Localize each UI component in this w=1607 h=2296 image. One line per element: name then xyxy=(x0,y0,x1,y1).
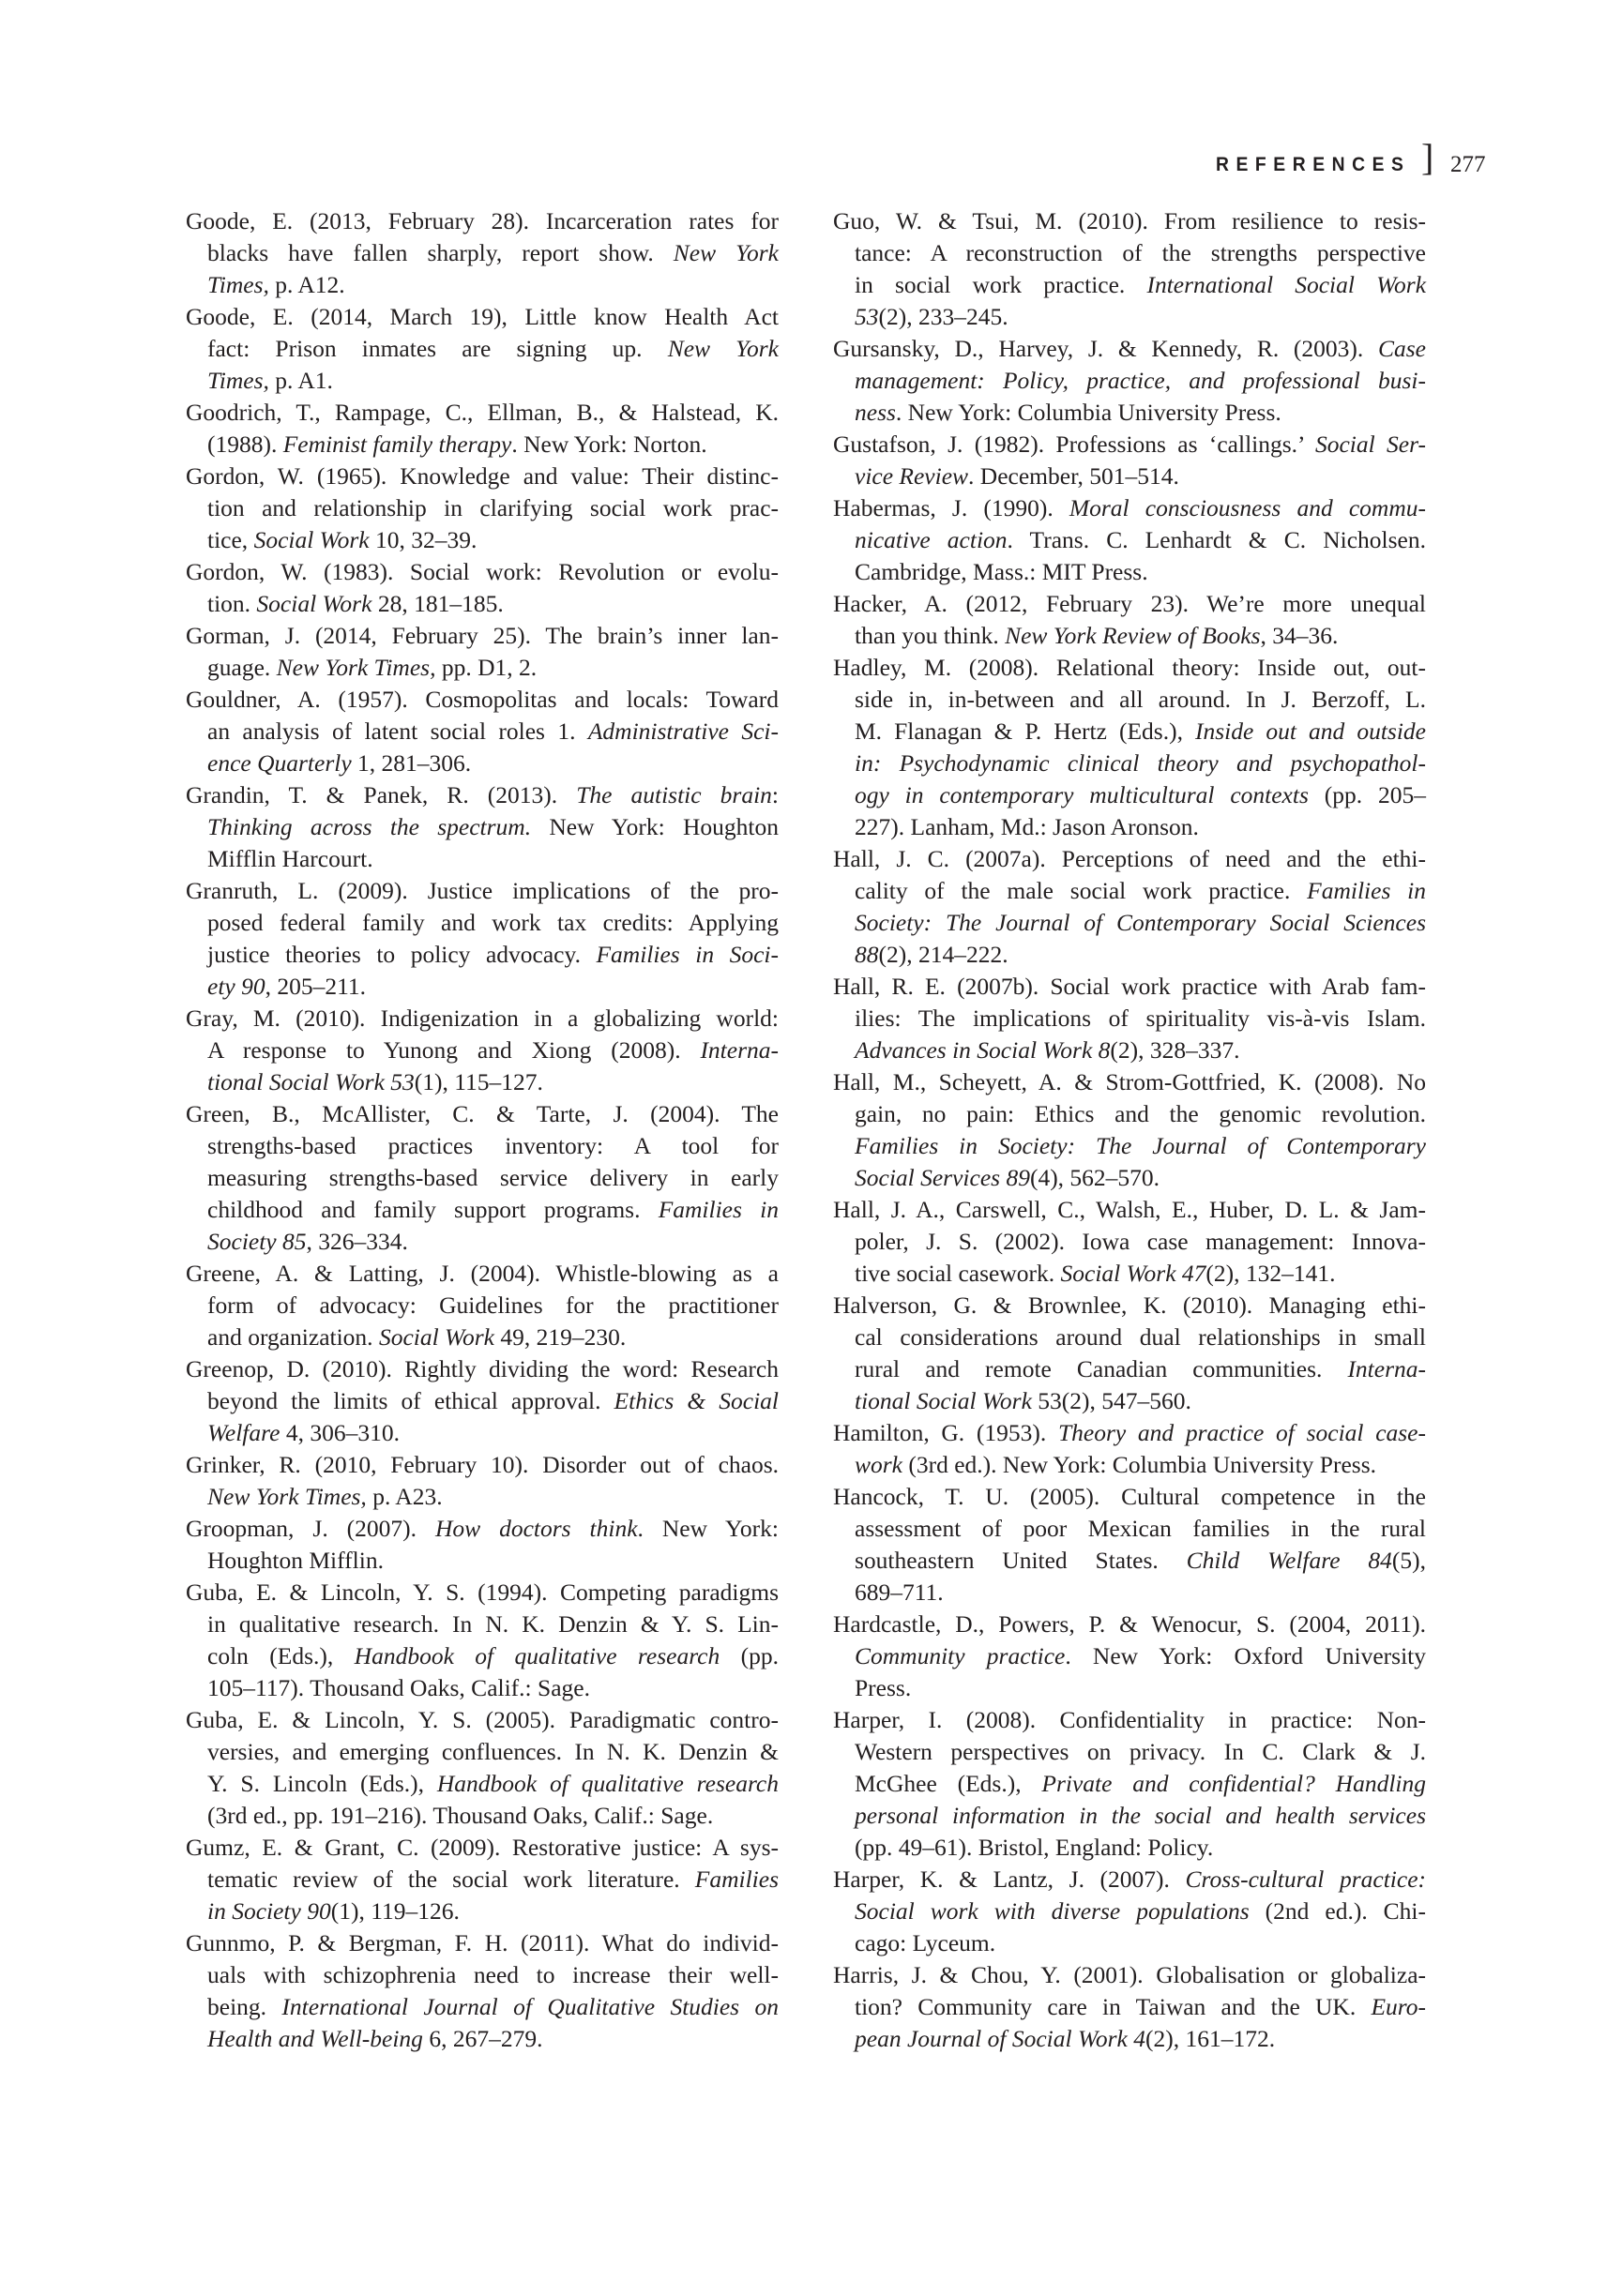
text: than you think. xyxy=(855,622,1005,649)
reference-line: Hall, J. C. (2007a). Perceptions of need… xyxy=(833,843,1426,875)
italic-text: in Society 90 xyxy=(207,1897,331,1925)
reference-entry: Habermas, J. (1990). Moral consciousness… xyxy=(833,492,1426,588)
reference-entry: Gordon, W. (1983). Social work: Revoluti… xyxy=(186,556,779,620)
reference-line: ence Quarterly 1, 281–306. xyxy=(186,748,779,779)
reference-line: pean Journal of Social Work 4(2), 161–17… xyxy=(833,2023,1426,2055)
reference-line: tional Social Work 53(1), 115–127. xyxy=(186,1066,779,1098)
reference-entry: Greenop, D. (2010). Rightly dividing the… xyxy=(186,1353,779,1449)
italic-text: Cross-cultural practice: xyxy=(1186,1865,1426,1893)
reference-line: Health and Well-being 6, 267–279. xyxy=(186,2023,779,2055)
reference-line: beyond the limits of ethical approval. E… xyxy=(186,1385,779,1417)
reference-line: blacks have fallen sharply, report show.… xyxy=(186,237,779,269)
text: Guba, E. & Lincoln, Y. S. (2005). Paradi… xyxy=(186,1706,779,1733)
italic-text: Families in Soci- xyxy=(596,941,779,968)
reference-line: Western perspectives on privacy. In C. C… xyxy=(833,1736,1426,1768)
italic-text: Health and Well-being xyxy=(207,2025,423,2052)
italic-text: tional Social Work xyxy=(207,1068,385,1095)
reference-entry: Guba, E. & Lincoln, Y. S. (2005). Paradi… xyxy=(186,1704,779,1832)
reference-line: vice Review. December, 501–514. xyxy=(833,461,1426,492)
reference-line: Greenop, D. (2010). Rightly dividing the… xyxy=(186,1353,779,1385)
text: poler, J. S. (2002). Iowa case managemen… xyxy=(855,1228,1426,1255)
italic-text: International Journal of Qualitative Stu… xyxy=(281,1993,779,2020)
reference-line: A response to Yunong and Xiong (2008). I… xyxy=(186,1035,779,1066)
reference-column-left: Goode, E. (2013, February 28). Incarcera… xyxy=(186,205,779,2055)
text: pp. D1, 2. xyxy=(435,654,537,681)
text: (1), 119–126. xyxy=(331,1897,460,1925)
reference-entry: Hall, R. E. (2007b). Social work practic… xyxy=(833,971,1426,1066)
text: rural and remote Canadian communities. xyxy=(855,1355,1347,1382)
italic-text: New York Times, xyxy=(277,654,436,681)
reference-line: Cambridge, Mass.: MIT Press. xyxy=(833,556,1426,588)
reference-line: Community practice. New York: Oxford Uni… xyxy=(833,1640,1426,1672)
text: Hardcastle, D., Powers, P. & Wenocur, S.… xyxy=(833,1610,1426,1638)
reference-line: coln (Eds.), Handbook of qualitative res… xyxy=(186,1640,779,1672)
italic-text: Welfare xyxy=(207,1419,280,1446)
reference-entry: Hall, J. A., Carswell, C., Walsh, E., Hu… xyxy=(833,1194,1426,1290)
text: A response to Yunong and Xiong (2008). xyxy=(207,1036,700,1064)
text: . New York: Columbia University Press. xyxy=(896,399,1281,426)
text: McGhee (Eds.), xyxy=(855,1770,1041,1797)
reference-line: Gordon, W. (1965). Knowledge and value: … xyxy=(186,461,779,492)
text: an analysis of latent social roles 1. xyxy=(207,717,588,745)
reference-line: in qualitative research. In N. K. Denzin… xyxy=(186,1609,779,1640)
text: p. A23. xyxy=(367,1483,443,1510)
reference-line: gain, no pain: Ethics and the genomic re… xyxy=(833,1098,1426,1130)
reference-entry: Gorman, J. (2014, February 25). The brai… xyxy=(186,620,779,684)
italic-text: Child Welfare 84 xyxy=(1187,1547,1392,1574)
text: , 326–334. xyxy=(307,1228,408,1255)
reference-line: tance: A reconstruction of the strengths… xyxy=(833,237,1426,269)
text: Harris, J. & Chou, Y. (2001). Globalisat… xyxy=(833,1961,1426,1988)
text: Western perspectives on privacy. In C. C… xyxy=(855,1738,1426,1765)
italic-text: International Social Work xyxy=(1146,271,1426,298)
reference-entry: Grinker, R. (2010, February 10). Disorde… xyxy=(186,1449,779,1513)
text: (pp. 49–61). Bristol, England: Policy. xyxy=(855,1834,1213,1861)
reference-line: Mifflin Harcourt. xyxy=(186,843,779,875)
text: blacks have fallen sharply, report show. xyxy=(207,239,674,266)
text: assessment of poor Mexican families in t… xyxy=(855,1515,1426,1542)
text: 28, 181–185. xyxy=(371,590,503,617)
reference-line: southeastern United States. Child Welfar… xyxy=(833,1545,1426,1577)
text: (2), 161–172. xyxy=(1145,2025,1275,2052)
italic-text: Moral consciousness and commu- xyxy=(1069,494,1426,521)
text: : xyxy=(772,781,779,808)
running-head-bracket: ] xyxy=(1421,139,1433,176)
italic-text: ence Quarterly xyxy=(207,749,352,777)
text: Harper, I. (2008). Confidentiality in pr… xyxy=(833,1706,1426,1733)
italic-text: 53 xyxy=(385,1068,415,1095)
reference-line: tematic review of the social work litera… xyxy=(186,1864,779,1896)
reference-line: guage. New York Times, pp. D1, 2. xyxy=(186,652,779,684)
reference-line: Hadley, M. (2008). Relational theory: In… xyxy=(833,652,1426,684)
reference-entry: Hardcastle, D., Powers, P. & Wenocur, S.… xyxy=(833,1609,1426,1704)
text: Cambridge, Mass.: MIT Press. xyxy=(855,558,1148,585)
text: southeastern United States. xyxy=(855,1547,1187,1574)
text: Greenop, D. (2010). Rightly dividing the… xyxy=(186,1355,779,1382)
italic-text: Families in Society: The Journal of Cont… xyxy=(855,1132,1426,1159)
italic-text: vice Review xyxy=(855,462,968,490)
text: Press. xyxy=(855,1674,911,1701)
italic-text: Families in xyxy=(1307,877,1426,904)
text: (2), 214–222. xyxy=(879,941,1008,968)
reference-line: Harper, I. (2008). Confidentiality in pr… xyxy=(833,1704,1426,1736)
text: Goodrich, T., Rampage, C., Ellman, B., &… xyxy=(186,399,779,426)
text: p. A1. xyxy=(269,367,333,394)
text: Houghton Mifflin. xyxy=(207,1547,384,1574)
text: Gunnmo, P. & Bergman, F. H. (2011). What… xyxy=(186,1929,779,1956)
reference-entry: Harper, I. (2008). Confidentiality in pr… xyxy=(833,1704,1426,1864)
text: tion? Community care in Taiwan and the U… xyxy=(855,1993,1371,2020)
reference-entry: Gunnmo, P. & Bergman, F. H. (2011). What… xyxy=(186,1927,779,2055)
reference-line: 53(2), 233–245. xyxy=(833,301,1426,333)
page-number: 277 xyxy=(1450,152,1486,178)
italic-text: Social Services 89 xyxy=(855,1164,1030,1191)
italic-text: Interna- xyxy=(1347,1355,1426,1382)
text: Hall, J. C. (2007a). Perceptions of need… xyxy=(833,845,1426,872)
italic-text: Case xyxy=(1378,335,1426,362)
reference-entry: Harris, J. & Chou, Y. (2001). Globalisat… xyxy=(833,1959,1426,2055)
reference-line: M. Flanagan & P. Hertz (Eds.), Inside ou… xyxy=(833,716,1426,748)
reference-line: form of advocacy: Guidelines for the pra… xyxy=(186,1290,779,1322)
italic-text: New York Review of Books xyxy=(1005,622,1260,649)
text: (4), 562–570. xyxy=(1030,1164,1160,1191)
italic-text: Thinking across the spectrum. xyxy=(207,813,531,840)
reference-line: Gustafson, J. (1982). Professions as ‘ca… xyxy=(833,429,1426,461)
reference-entry: Groopman, J. (2007). How doctors think. … xyxy=(186,1513,779,1577)
reference-line: Hall, M., Scheyett, A. & Strom-Gottfried… xyxy=(833,1066,1426,1098)
reference-entry: Hadley, M. (2008). Relational theory: In… xyxy=(833,652,1426,843)
text: Grandin, T. & Panek, R. (2013). xyxy=(186,781,576,808)
text: New York: Houghton xyxy=(531,813,779,840)
reference-line: Society 85, 326–334. xyxy=(186,1226,779,1258)
reference-line: Gumz, E. & Grant, C. (2009). Restorative… xyxy=(186,1832,779,1864)
text: Greene, A. & Latting, J. (2004). Whistle… xyxy=(186,1260,779,1287)
reference-entry: Grandin, T. & Panek, R. (2013). The auti… xyxy=(186,779,779,875)
reference-line: ety 90, 205–211. xyxy=(186,971,779,1003)
text: side in, in-between and all around. In J… xyxy=(855,686,1426,713)
text: Hall, R. E. (2007b). Social work practic… xyxy=(833,973,1426,1000)
text: beyond the limits of ethical approval. xyxy=(207,1387,614,1414)
text: Gustafson, J. (1982). Professions as ‘ca… xyxy=(833,430,1315,458)
reference-line: Y. S. Lincoln (Eds.), Handbook of qualit… xyxy=(186,1768,779,1800)
text: justice theories to policy advocacy. xyxy=(207,941,596,968)
text: uals with schizophrenia need to increase… xyxy=(207,1961,779,1988)
text: Gouldner, A. (1957). Cosmopolitas and lo… xyxy=(186,686,779,713)
italic-text: Social work with diverse populations xyxy=(855,1897,1250,1925)
reference-line: tion and relationship in clarifying soci… xyxy=(186,492,779,524)
reference-line: Grandin, T. & Panek, R. (2013). The auti… xyxy=(186,779,779,811)
italic-text: Social Work 47 xyxy=(1061,1260,1206,1287)
reference-line: strengths-based practices inventory: A t… xyxy=(186,1130,779,1162)
text: tive social casework. xyxy=(855,1260,1061,1287)
reference-line: Gray, M. (2010). Indigenization in a glo… xyxy=(186,1003,779,1035)
reference-line: Families in Society: The Journal of Cont… xyxy=(833,1130,1426,1162)
reference-line: Guo, W. & Tsui, M. (2010). From resilien… xyxy=(833,205,1426,237)
reference-line: assessment of poor Mexican families in t… xyxy=(833,1513,1426,1545)
reference-entry: Green, B., McAllister, C. & Tarte, J. (2… xyxy=(186,1098,779,1258)
text: (2nd ed.). Chi- xyxy=(1250,1897,1426,1925)
reference-entry: Harper, K. & Lantz, J. (2007). Cross-cul… xyxy=(833,1864,1426,1959)
reference-entry: Gray, M. (2010). Indigenization in a glo… xyxy=(186,1003,779,1098)
italic-text: Social Work xyxy=(254,526,370,553)
text: Guo, W. & Tsui, M. (2010). From resilien… xyxy=(833,207,1426,234)
reference-line: tive social casework. Social Work 47(2),… xyxy=(833,1258,1426,1290)
reference-line: New York Times, p. A23. xyxy=(186,1481,779,1513)
reference-line: (pp. 49–61). Bristol, England: Policy. xyxy=(833,1832,1426,1864)
text: 105–117). Thousand Oaks, Calif.: Sage. xyxy=(207,1674,590,1701)
text: cago: Lyceum. xyxy=(855,1929,995,1956)
reference-column-right: Guo, W. & Tsui, M. (2010). From resilien… xyxy=(833,205,1426,2055)
italic-text: Private and confidential? Handling xyxy=(1041,1770,1426,1797)
text: 4, 306–310. xyxy=(280,1419,400,1446)
italic-text: Interna- xyxy=(700,1036,779,1064)
reference-line: McGhee (Eds.), Private and confidential?… xyxy=(833,1768,1426,1800)
reference-line: (1988). Feminist family therapy. New Yor… xyxy=(186,429,779,461)
italic-text: Ethics & Social xyxy=(614,1387,779,1414)
reference-line: personal information in the social and h… xyxy=(833,1800,1426,1832)
reference-line: management: Policy, practice, and profes… xyxy=(833,365,1426,397)
text: (3rd ed.). New York: Columbia University… xyxy=(902,1451,1376,1478)
reference-line: ness. New York: Columbia University Pres… xyxy=(833,397,1426,429)
running-head-title: REFERENCES xyxy=(1216,154,1410,176)
reference-line: side in, in-between and all around. In J… xyxy=(833,684,1426,716)
text: tion and relationship in clarifying soci… xyxy=(207,494,779,521)
italic-text: Handbook of qualitative research xyxy=(355,1642,720,1669)
reference-line: Social Services 89(4), 562–570. xyxy=(833,1162,1426,1194)
text: fact: Prison inmates are signing up. xyxy=(207,335,668,362)
text: (pp. 205– xyxy=(1309,781,1426,808)
reference-line: Advances in Social Work 8(2), 328–337. xyxy=(833,1035,1426,1066)
italic-text: management: Policy, practice, and profes… xyxy=(855,367,1426,394)
reference-line: in Society 90(1), 119–126. xyxy=(186,1896,779,1927)
reference-line: Halverson, G. & Brownlee, K. (2010). Man… xyxy=(833,1290,1426,1322)
text: (2), 132–141. xyxy=(1205,1260,1335,1287)
italic-text: Community practice xyxy=(855,1642,1065,1669)
reference-entry: Hall, J. C. (2007a). Perceptions of need… xyxy=(833,843,1426,971)
text: , 34–36. xyxy=(1261,622,1339,649)
reference-line: posed federal family and work tax credit… xyxy=(186,907,779,939)
italic-text: Social Work xyxy=(256,590,371,617)
reference-line: Hacker, A. (2012, February 23). We’re mo… xyxy=(833,588,1426,620)
italic-text: tional Social Work xyxy=(855,1387,1032,1414)
text: Hadley, M. (2008). Relational theory: In… xyxy=(833,654,1426,681)
text: Groopman, J. (2007). xyxy=(186,1515,435,1542)
text: posed federal family and work tax credit… xyxy=(207,909,779,936)
reference-line: ogy in contemporary multicultural contex… xyxy=(833,779,1426,811)
italic-text: New York xyxy=(668,335,779,362)
italic-text: work xyxy=(855,1451,902,1478)
reference-entry: Gordon, W. (1965). Knowledge and value: … xyxy=(186,461,779,556)
text: . New York: Oxford University xyxy=(1065,1642,1426,1669)
reference-line: Gorman, J. (2014, February 25). The brai… xyxy=(186,620,779,652)
reference-entry: Hacker, A. (2012, February 23). We’re mo… xyxy=(833,588,1426,652)
text: 227). Lanham, Md.: Jason Aronson. xyxy=(855,813,1199,840)
text: (5), xyxy=(1392,1547,1426,1574)
text: 689–711. xyxy=(855,1578,944,1606)
reference-line: Harris, J. & Chou, Y. (2001). Globalisat… xyxy=(833,1959,1426,1991)
italic-text: ety 90 xyxy=(207,973,265,1000)
text: . December, 501–514. xyxy=(968,462,1179,490)
italic-text: in: Psychodynamic clinical theory and ps… xyxy=(855,749,1426,777)
text: Goode, E. (2013, February 28). Incarcera… xyxy=(186,207,779,234)
reference-entry: Gustafson, J. (1982). Professions as ‘ca… xyxy=(833,429,1426,492)
text: gain, no pain: Ethics and the genomic re… xyxy=(855,1100,1426,1127)
reference-line: than you think. New York Review of Books… xyxy=(833,620,1426,652)
text: Guba, E. & Lincoln, Y. S. (1994). Compet… xyxy=(186,1578,779,1606)
reference-entry: Gumz, E. & Grant, C. (2009). Restorative… xyxy=(186,1832,779,1927)
text: 6, 267–279. xyxy=(423,2025,543,2052)
text: (2), 328–337. xyxy=(1110,1036,1239,1064)
text: in social work practice. xyxy=(855,271,1146,298)
text: (1988). xyxy=(207,430,283,458)
italic-text: New York Times, xyxy=(207,1483,367,1510)
text: Gorman, J. (2014, February 25). The brai… xyxy=(186,622,779,649)
reference-entry: Gouldner, A. (1957). Cosmopolitas and lo… xyxy=(186,684,779,779)
italic-text: Advances in Social Work 8 xyxy=(855,1036,1110,1064)
italic-text: Social Ser- xyxy=(1315,430,1426,458)
reference-entry: Gursansky, D., Harvey, J. & Kennedy, R. … xyxy=(833,333,1426,429)
text: form of advocacy: Guidelines for the pra… xyxy=(207,1291,779,1319)
reference-line: Gouldner, A. (1957). Cosmopolitas and lo… xyxy=(186,684,779,716)
italic-text: Society 85 xyxy=(207,1228,307,1255)
reference-line: tional Social Work 53(2), 547–560. xyxy=(833,1385,1426,1417)
italic-text: The autistic brain xyxy=(576,781,772,808)
italic-text: ogy in contemporary multicultural contex… xyxy=(855,781,1309,808)
text: 10, 32–39. xyxy=(370,526,478,553)
reference-entry: Goode, E. (2013, February 28). Incarcera… xyxy=(186,205,779,301)
reference-line: uals with schizophrenia need to increase… xyxy=(186,1959,779,1991)
text: being. xyxy=(207,1993,281,2020)
reference-line: Green, B., McAllister, C. & Tarte, J. (2… xyxy=(186,1098,779,1130)
text: M. Flanagan & P. Hertz (Eds.), xyxy=(855,717,1195,745)
text: Goode, E. (2014, March 19), Little know … xyxy=(186,303,779,330)
text: Gordon, W. (1965). Knowledge and value: … xyxy=(186,462,779,490)
text: . New York: Norton. xyxy=(511,430,706,458)
reference-line: Gursansky, D., Harvey, J. & Kennedy, R. … xyxy=(833,333,1426,365)
reference-line: rural and remote Canadian communities. I… xyxy=(833,1353,1426,1385)
reference-line: ilies: The implications of spirituality … xyxy=(833,1003,1426,1035)
reference-line: Social work with diverse populations (2n… xyxy=(833,1896,1426,1927)
text: 49, 219–230. xyxy=(494,1323,626,1351)
reference-line: Hamilton, G. (1953). Theory and practice… xyxy=(833,1417,1426,1449)
italic-text: Administrative Sci- xyxy=(588,717,779,745)
italic-text: nicative action xyxy=(855,526,1008,553)
italic-text: ness xyxy=(855,399,896,426)
reference-line: Society: The Journal of Contemporary Soc… xyxy=(833,907,1426,939)
italic-text: pean Journal of Social Work 4 xyxy=(855,2025,1145,2052)
italic-text: Feminist family therapy xyxy=(283,430,512,458)
reference-line: nicative action. Trans. C. Lenhardt & C.… xyxy=(833,524,1426,556)
reference-line: versies, and emerging confluences. In N.… xyxy=(186,1736,779,1768)
reference-entry: Goodrich, T., Rampage, C., Ellman, B., &… xyxy=(186,397,779,461)
reference-line: being. International Journal of Qualitat… xyxy=(186,1991,779,2023)
reference-line: tion? Community care in Taiwan and the U… xyxy=(833,1991,1426,2023)
reference-line: Harper, K. & Lantz, J. (2007). Cross-cul… xyxy=(833,1864,1426,1896)
italic-text: New York xyxy=(674,239,779,266)
reference-line: Gunnmo, P. & Bergman, F. H. (2011). What… xyxy=(186,1927,779,1959)
reference-line: Goode, E. (2013, February 28). Incarcera… xyxy=(186,205,779,237)
text: . New York: xyxy=(638,1515,779,1542)
text: versies, and emerging confluences. In N.… xyxy=(207,1738,779,1765)
text: Gumz, E. & Grant, C. (2009). Restorative… xyxy=(186,1834,779,1861)
reference-line: 689–711. xyxy=(833,1577,1426,1609)
reference-line: Press. xyxy=(833,1672,1426,1704)
text: Green, B., McAllister, C. & Tarte, J. (2… xyxy=(186,1100,779,1127)
italic-text: 88 xyxy=(855,941,879,968)
italic-text: Social Work xyxy=(379,1323,494,1351)
text: in qualitative research. In N. K. Denzin… xyxy=(207,1610,779,1638)
reference-line: Times, p. A12. xyxy=(186,269,779,301)
reference-entry: Granruth, L. (2009). Justice implication… xyxy=(186,875,779,1003)
reference-line: fact: Prison inmates are signing up. New… xyxy=(186,333,779,365)
reference-line: Greene, A. & Latting, J. (2004). Whistle… xyxy=(186,1258,779,1290)
text: strengths-based practices inventory: A t… xyxy=(207,1132,779,1159)
reference-entry: Greene, A. & Latting, J. (2004). Whistle… xyxy=(186,1258,779,1353)
reference-line: cal considerations around dual relations… xyxy=(833,1322,1426,1353)
reference-line: poler, J. S. (2002). Iowa case managemen… xyxy=(833,1226,1426,1258)
reference-entry: Goode, E. (2014, March 19), Little know … xyxy=(186,301,779,397)
reference-line: an analysis of latent social roles 1. Ad… xyxy=(186,716,779,748)
text: Y. S. Lincoln (Eds.), xyxy=(207,1770,437,1797)
reference-line: tice, Social Work 10, 32–39. xyxy=(186,524,779,556)
reference-line: in: Psychodynamic clinical theory and ps… xyxy=(833,748,1426,779)
text: and organization. xyxy=(207,1323,379,1351)
reference-line: Hall, J. A., Carswell, C., Walsh, E., Hu… xyxy=(833,1194,1426,1226)
text: 53(2), 547–560. xyxy=(1032,1387,1191,1414)
text: Gordon, W. (1983). Social work: Revoluti… xyxy=(186,558,779,585)
reference-entry: Guba, E. & Lincoln, Y. S. (1994). Compet… xyxy=(186,1577,779,1704)
italic-text: Euro- xyxy=(1371,1993,1426,2020)
reference-line: cago: Lyceum. xyxy=(833,1927,1426,1959)
text: Habermas, J. (1990). xyxy=(833,494,1069,521)
text: (pp. xyxy=(720,1642,779,1669)
reference-line: Hardcastle, D., Powers, P. & Wenocur, S.… xyxy=(833,1609,1426,1640)
text: Granruth, L. (2009). Justice implication… xyxy=(186,877,779,904)
reference-line: Granruth, L. (2009). Justice implication… xyxy=(186,875,779,907)
reference-line: Houghton Mifflin. xyxy=(186,1545,779,1577)
text: (2), 233–245. xyxy=(879,303,1008,330)
text: coln (Eds.), xyxy=(207,1642,355,1669)
text: (3rd ed., pp. 191–216). Thousand Oaks, C… xyxy=(207,1802,713,1829)
reference-entry: Hamilton, G. (1953). Theory and practice… xyxy=(833,1417,1426,1481)
reference-line: Goodrich, T., Rampage, C., Ellman, B., &… xyxy=(186,397,779,429)
reference-line: Grinker, R. (2010, February 10). Disorde… xyxy=(186,1449,779,1481)
italic-text: 53 xyxy=(855,303,879,330)
italic-text: Times, xyxy=(207,271,269,298)
text: cal considerations around dual relations… xyxy=(855,1323,1426,1351)
reference-line: tion. Social Work 28, 181–185. xyxy=(186,588,779,620)
italic-text: Handbook of qualitative research xyxy=(437,1770,779,1797)
reference-line: Times, p. A1. xyxy=(186,365,779,397)
text: Mifflin Harcourt. xyxy=(207,845,373,872)
reference-line: 105–117). Thousand Oaks, Calif.: Sage. xyxy=(186,1672,779,1704)
text: 1, 281–306. xyxy=(352,749,472,777)
reference-line: Habermas, J. (1990). Moral consciousness… xyxy=(833,492,1426,524)
reference-line: measuring strengths-based service delive… xyxy=(186,1162,779,1194)
reference-line: 88(2), 214–222. xyxy=(833,939,1426,971)
text: Hall, M., Scheyett, A. & Strom-Gottfried… xyxy=(833,1068,1426,1095)
italic-text: Society: The Journal of Contemporary Soc… xyxy=(855,909,1426,936)
reference-line: Goode, E. (2014, March 19), Little know … xyxy=(186,301,779,333)
reference-line: Guba, E. & Lincoln, Y. S. (1994). Compet… xyxy=(186,1577,779,1609)
italic-text: personal information in the social and h… xyxy=(855,1802,1426,1829)
text: ilies: The implications of spirituality … xyxy=(855,1004,1426,1032)
text: Gray, M. (2010). Indigenization in a glo… xyxy=(186,1004,779,1032)
text: , 205–211. xyxy=(265,973,366,1000)
text: measuring strengths-based service delive… xyxy=(207,1164,779,1191)
text: Gursansky, D., Harvey, J. & Kennedy, R. … xyxy=(833,335,1378,362)
text: (1), 115–127. xyxy=(415,1068,543,1095)
